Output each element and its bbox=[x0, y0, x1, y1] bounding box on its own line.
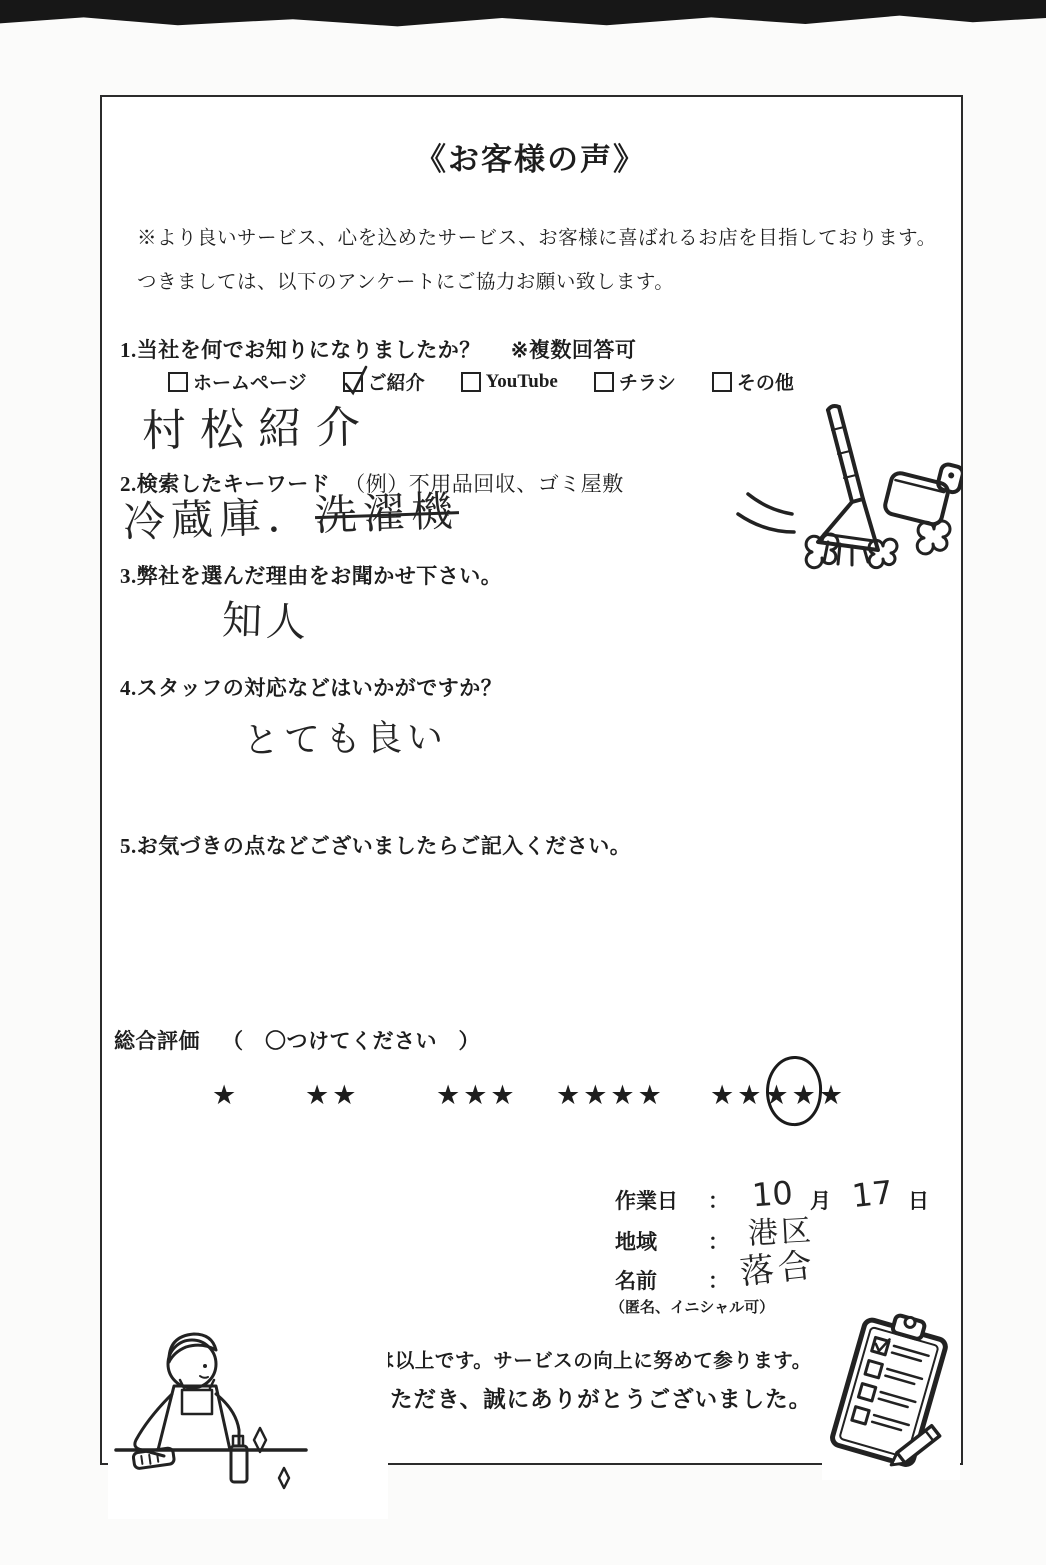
area-label: 地域 bbox=[615, 1226, 657, 1256]
question-3: 3.弊社を選んだ理由をお聞かせ下さい。 bbox=[120, 560, 502, 590]
question-1-note: ※複数回答可 bbox=[511, 338, 637, 362]
question-5: 5.お気づきの点などございましたらご記入ください。 bbox=[120, 830, 631, 860]
checkbox-youtube bbox=[461, 372, 481, 392]
q4-handwritten-answer: とても良い bbox=[243, 720, 449, 760]
rating-instruction: （ 〇つけてください ） bbox=[222, 1029, 480, 1053]
question-1-options: ホームページ ご紹介 YouTube チラシ その他 bbox=[168, 368, 794, 395]
rating-2-star: ★★ bbox=[305, 1080, 359, 1111]
option-youtube-label: YouTube bbox=[486, 371, 558, 393]
person-cleaning-icon bbox=[108, 1322, 388, 1519]
question-1: 1.当社を何でお知りになりましたか？※複数回答可 bbox=[120, 334, 636, 364]
checkbox-other bbox=[712, 372, 732, 392]
work-date-day-value: 17 bbox=[850, 1176, 894, 1212]
q2-answer-part1: 冷蔵庫． bbox=[122, 491, 316, 547]
option-flyer: チラシ bbox=[594, 368, 676, 395]
question-4: 4.スタッフの対応などはいかがですか？ bbox=[120, 672, 502, 702]
option-homepage: ホームページ bbox=[168, 368, 307, 395]
area-colon: ： bbox=[708, 1226, 729, 1256]
q2-handwritten-answer: 冷蔵庫．洗濯機 bbox=[122, 490, 459, 544]
work-date-label: 作業日 bbox=[615, 1185, 678, 1215]
rating-4-star: ★★★★ bbox=[556, 1080, 665, 1111]
option-youtube: YouTube bbox=[461, 368, 558, 395]
q1-handwritten-answer: 村松紹介 bbox=[142, 406, 375, 454]
name-colon: ： bbox=[708, 1265, 729, 1295]
checkbox-flyer bbox=[594, 372, 614, 392]
question-1-label: 1.当社を何でお知りになりましたか？ bbox=[120, 338, 481, 362]
intro-line-1: ※より良いサービス、心を込めたサービス、お客様に喜ばれるお店を目指しております。 bbox=[137, 222, 937, 250]
clipboard-checklist-icon bbox=[822, 1312, 960, 1480]
option-referral-label: ご紹介 bbox=[368, 368, 425, 395]
scan-artifact-band bbox=[0, 0, 1046, 30]
rating-row-label: 総合評価（ 〇つけてください ） bbox=[114, 1025, 480, 1055]
checkbox-referral-checked bbox=[343, 372, 363, 392]
name-label: 名前 bbox=[615, 1265, 657, 1295]
day-unit: 日 bbox=[908, 1185, 929, 1215]
survey-form-frame bbox=[100, 95, 963, 1465]
month-unit: 月 bbox=[810, 1185, 831, 1215]
option-flyer-label: チラシ bbox=[619, 368, 676, 395]
intro-line-2: つきましては、以下のアンケートにご協力お願い致します。 bbox=[137, 266, 674, 294]
option-other-label: その他 bbox=[737, 368, 794, 395]
option-homepage-label: ホームページ bbox=[193, 368, 307, 395]
handwritten-check-icon bbox=[342, 364, 372, 398]
work-date-colon: ： bbox=[708, 1185, 729, 1215]
rating-label: 総合評価 bbox=[114, 1029, 200, 1053]
option-other: その他 bbox=[712, 368, 794, 395]
anonymity-note: （匿名、イニシャル可） bbox=[610, 1296, 774, 1317]
rating-1-star: ★ bbox=[212, 1080, 239, 1111]
broom-icon bbox=[728, 402, 963, 577]
page-title: 《お客様の声》 bbox=[100, 134, 961, 179]
option-referral: ご紹介 bbox=[343, 368, 425, 395]
q3-handwritten-answer: 知人 bbox=[221, 600, 310, 643]
name-value: 落合 bbox=[738, 1248, 817, 1290]
checkbox-homepage bbox=[168, 372, 188, 392]
area-value: 港区 bbox=[747, 1216, 814, 1249]
q2-answer-part2-struck: 洗濯機 bbox=[314, 486, 460, 540]
work-date-month-value: 10 bbox=[751, 1177, 794, 1212]
rating-3-star: ★★★ bbox=[436, 1080, 518, 1111]
